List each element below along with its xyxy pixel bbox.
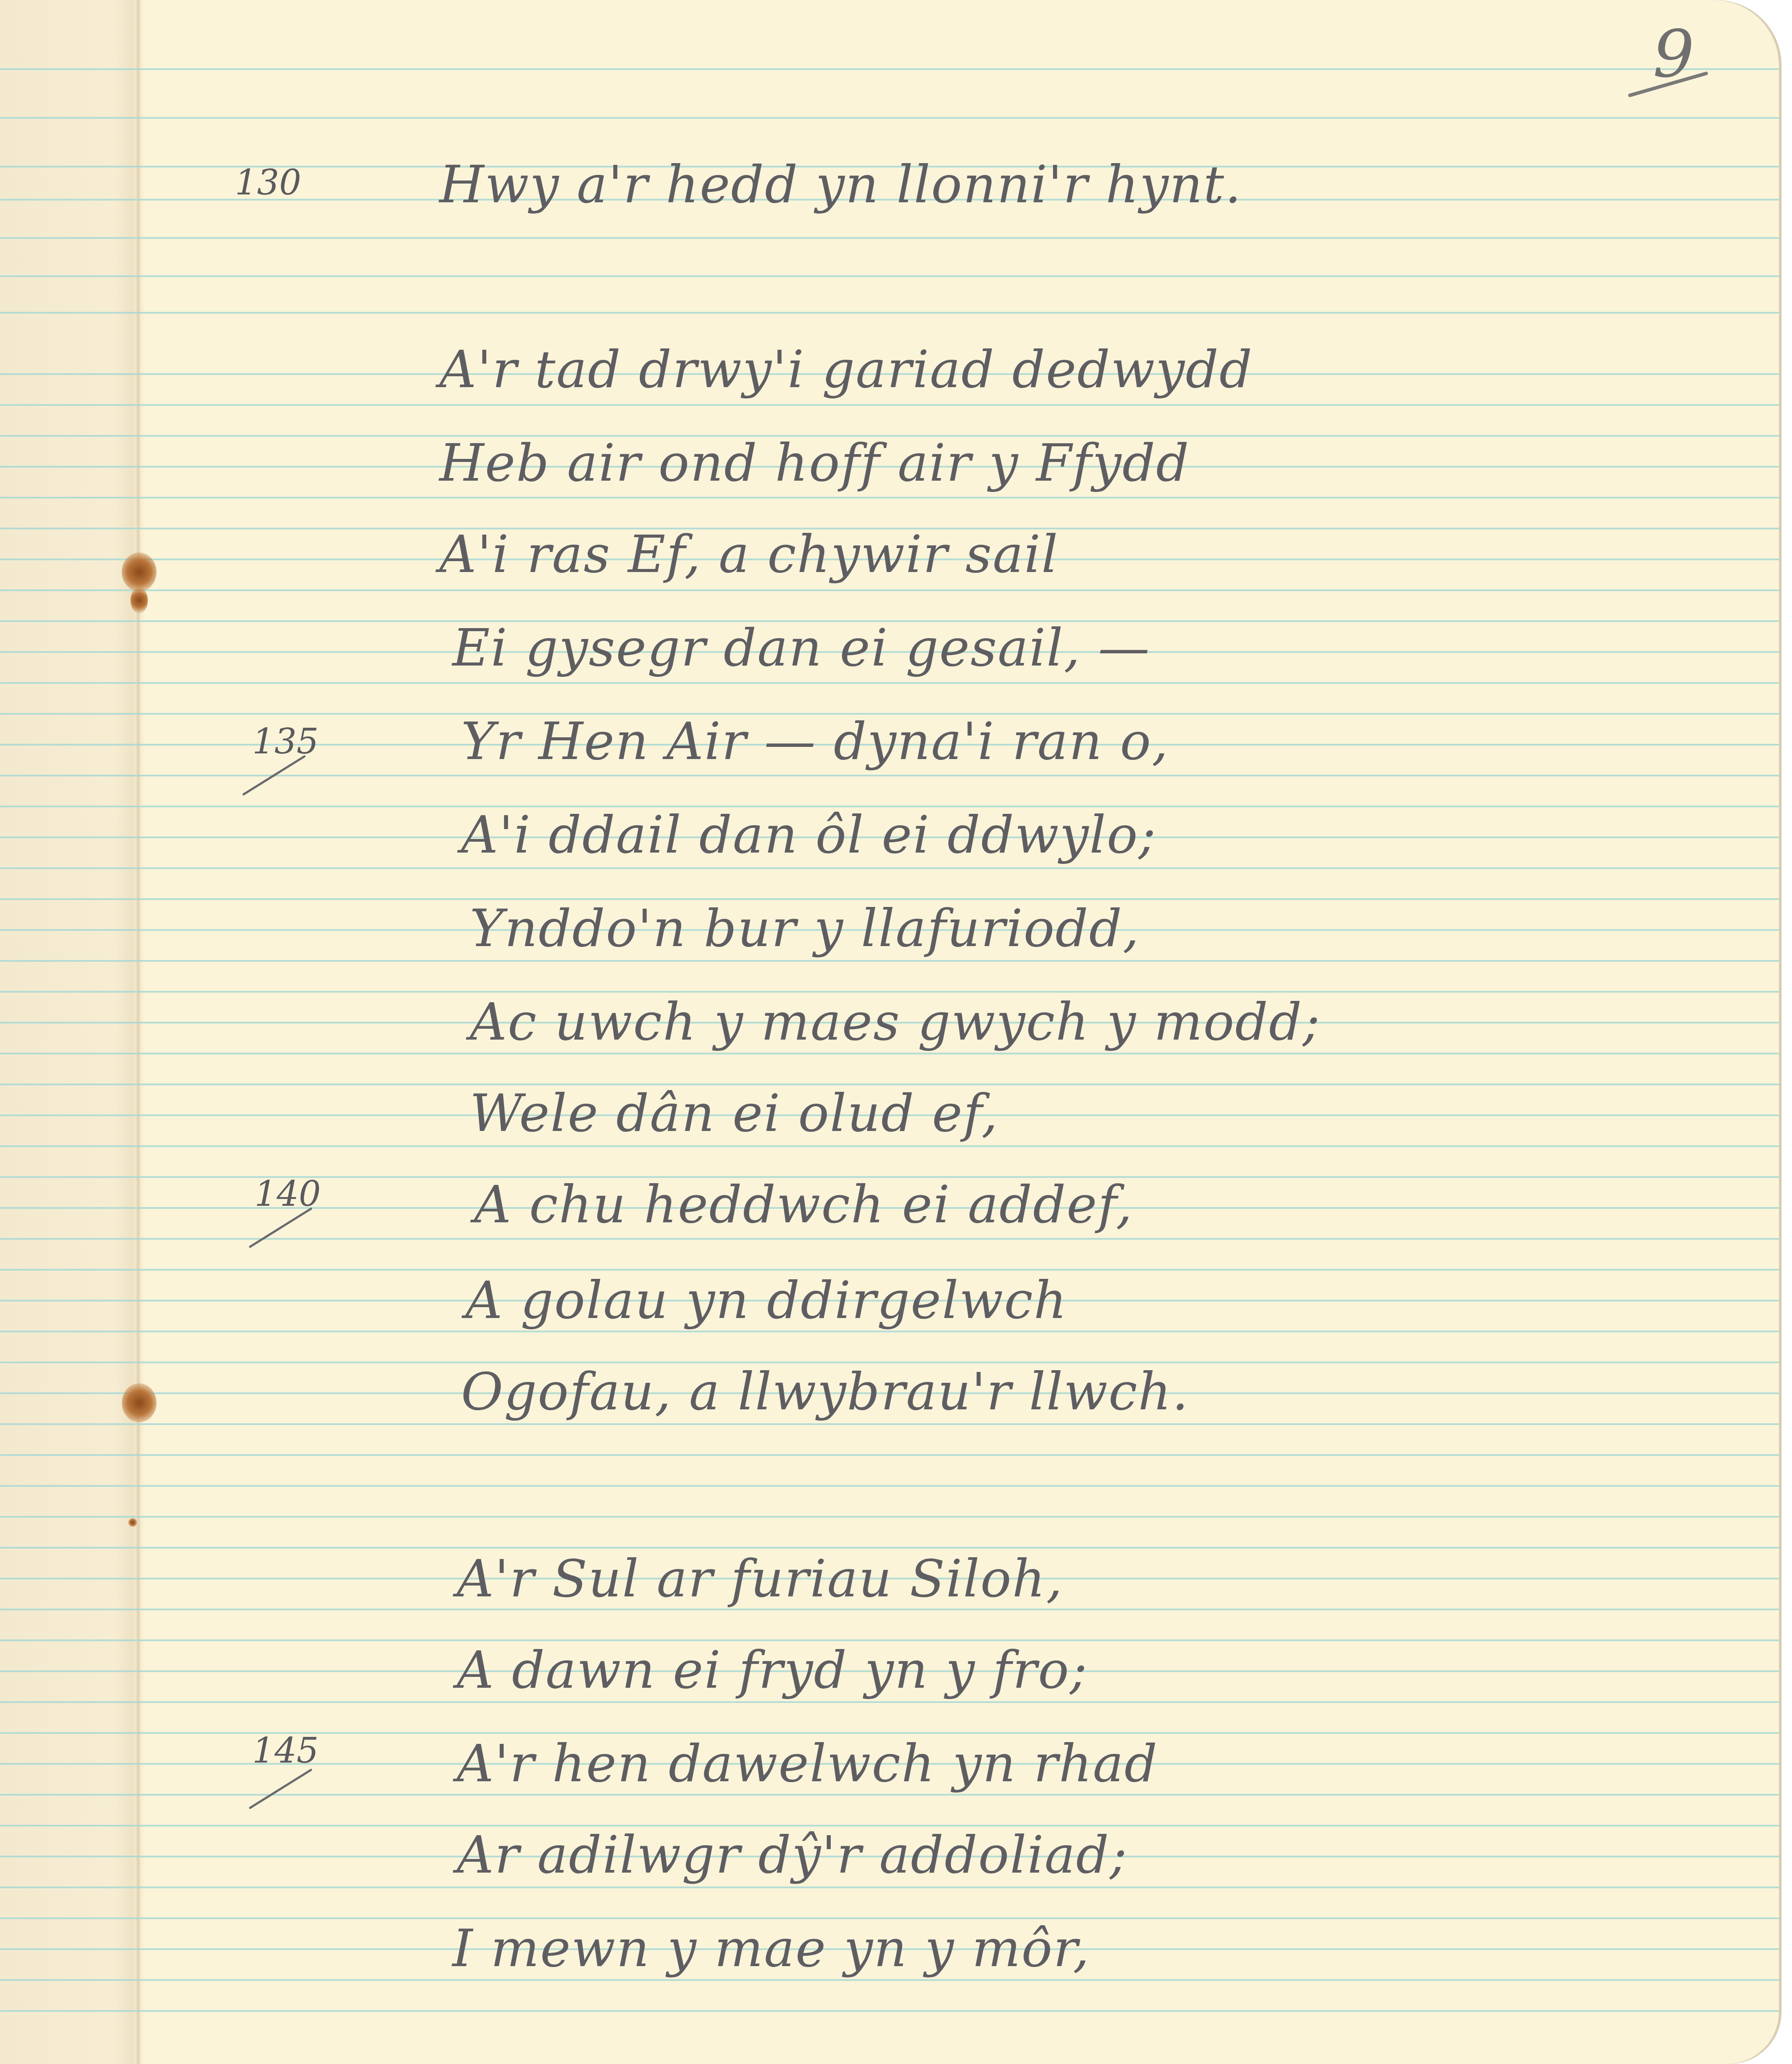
ruled-line — [0, 1887, 1779, 1888]
verse-line: A'r Sul ar furiau Siloh, — [457, 1553, 1063, 1604]
ruled-line — [0, 275, 1779, 277]
ruled-line — [0, 589, 1779, 591]
ruled-line — [0, 775, 1779, 776]
line-number-130: 130 — [235, 165, 301, 200]
ruled-line — [0, 1145, 1779, 1147]
ruled-line — [0, 312, 1779, 314]
verse-line: Ynddo'n bur y llafuriodd, — [470, 903, 1140, 954]
line-number-140: 140 — [254, 1177, 321, 1211]
verse-line: A'i ddail dan ôl ei ddwylo; — [461, 809, 1157, 860]
verse-line: A'r hen dawelwch yn rhad — [457, 1738, 1158, 1789]
rust-stain — [130, 587, 148, 613]
verse-line: Ei gysegr dan ei gesail, — — [452, 622, 1150, 673]
verse-line: A chu heddwch ei addef, — [474, 1179, 1133, 1230]
verse-line: Ar adilwgr dŷ'r addoliad; — [457, 1829, 1128, 1880]
verse-line: Yr Hen Air — dyna'i ran o, — [461, 716, 1169, 767]
line-number-135: 135 — [252, 724, 319, 759]
ruled-line — [0, 1516, 1779, 1518]
binding-edge — [0, 0, 144, 2064]
ruled-line — [0, 237, 1779, 239]
ruled-line — [0, 68, 1779, 70]
ruled-line — [0, 117, 1779, 119]
rust-stain — [122, 552, 157, 592]
ruled-line — [0, 404, 1779, 406]
line-number-145: 145 — [252, 1733, 319, 1768]
ruled-line — [0, 682, 1779, 684]
ruled-line — [0, 1485, 1779, 1487]
ruled-line — [0, 1454, 1779, 1456]
verse-line: A'i ras Ef, a chywir sail — [439, 529, 1059, 580]
ruled-line — [0, 1979, 1779, 1981]
line-number-slash — [249, 1768, 313, 1809]
verse-line: A dawn ei fryd yn y fro; — [457, 1644, 1088, 1696]
rust-stain — [122, 1383, 157, 1422]
binding-fold — [137, 0, 140, 2064]
ruled-line — [0, 1053, 1779, 1054]
ruled-line — [0, 960, 1779, 962]
verse-line: A'r tad drwy'i gariad dedwydd — [439, 344, 1253, 395]
verse-line: Heb air ond hoff air y Ffydd — [439, 437, 1190, 488]
verse-line: Hwy a'r hedd yn llonni'r hynt. — [439, 159, 1242, 210]
manuscript-page: 9 130 135 140 145 Hwy a'r hedd yn llonni… — [0, 0, 1779, 2064]
verse-line: A golau yn ddirgelwch — [465, 1275, 1067, 1326]
ruled-line — [0, 1701, 1779, 1703]
ruled-line — [0, 497, 1779, 498]
verse-line: Ac uwch y maes gwych y modd; — [470, 996, 1321, 1047]
rust-stain — [128, 1518, 137, 1527]
ruled-line — [0, 2010, 1779, 2012]
verse-line: Wele dân ei olud ef, — [470, 1087, 999, 1139]
ruled-line — [0, 1238, 1779, 1240]
ruled-line — [0, 1423, 1779, 1425]
ruled-line — [0, 867, 1779, 869]
ruled-line — [0, 1331, 1779, 1332]
ruled-line — [0, 1609, 1779, 1610]
verse-line: Ogofau, a llwybrau'r llwch. — [461, 1366, 1189, 1417]
verse-line: I mewn y mae yn y môr, — [452, 1923, 1090, 1974]
ruled-line — [0, 1794, 1779, 1796]
